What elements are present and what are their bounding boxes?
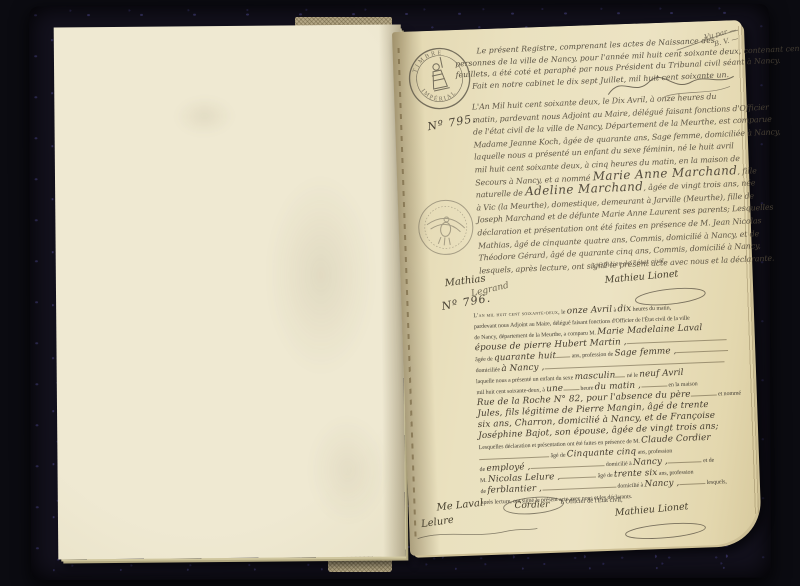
officer-label-796: L'Officier de l'État civil, bbox=[560, 496, 622, 505]
witness-signature-cordier: Cordier bbox=[514, 500, 549, 511]
act-795-text: L'An Mil huit cent soixante deux, le Dix… bbox=[471, 83, 748, 271]
form-rule-blank bbox=[679, 477, 705, 485]
paraph-flourish-796 bbox=[621, 520, 710, 541]
page-smudge bbox=[265, 175, 377, 376]
declarant-signature-laval: Me Laval bbox=[436, 498, 484, 514]
eagle-seal-stamp bbox=[412, 194, 479, 261]
scanned-register-photo: Vu par —B. V. — Le présent Registre, com… bbox=[0, 0, 800, 586]
officer-signature-795: Mathieu Lionet bbox=[604, 268, 678, 285]
svg-text:IMPÉRIAL: IMPÉRIAL bbox=[419, 82, 459, 107]
signature-underline-swash bbox=[415, 524, 539, 542]
page-smudge bbox=[307, 415, 388, 526]
right-page-register: Vu par —B. V. — Le présent Registre, com… bbox=[392, 20, 760, 556]
timbre-imperial-stamp: TIMBRE IMPÉRIAL bbox=[399, 38, 480, 119]
printed-text: lesquels, bbox=[705, 479, 727, 486]
left-page-blank bbox=[54, 24, 406, 559]
officer-signature-796: Mathieu Lionet bbox=[614, 501, 688, 518]
act-796-form: L'an mil huit cent soixante-deux, le onz… bbox=[473, 291, 757, 500]
handwritten-text: Nancy , bbox=[644, 478, 679, 489]
printed-text: et de bbox=[702, 458, 715, 464]
page-smudge bbox=[174, 96, 234, 137]
act-number-795: Nº 795. bbox=[426, 112, 477, 133]
stamp-ring-text-bottom: IMPÉRIAL bbox=[419, 82, 459, 107]
printed-text: et nommé bbox=[717, 391, 742, 398]
